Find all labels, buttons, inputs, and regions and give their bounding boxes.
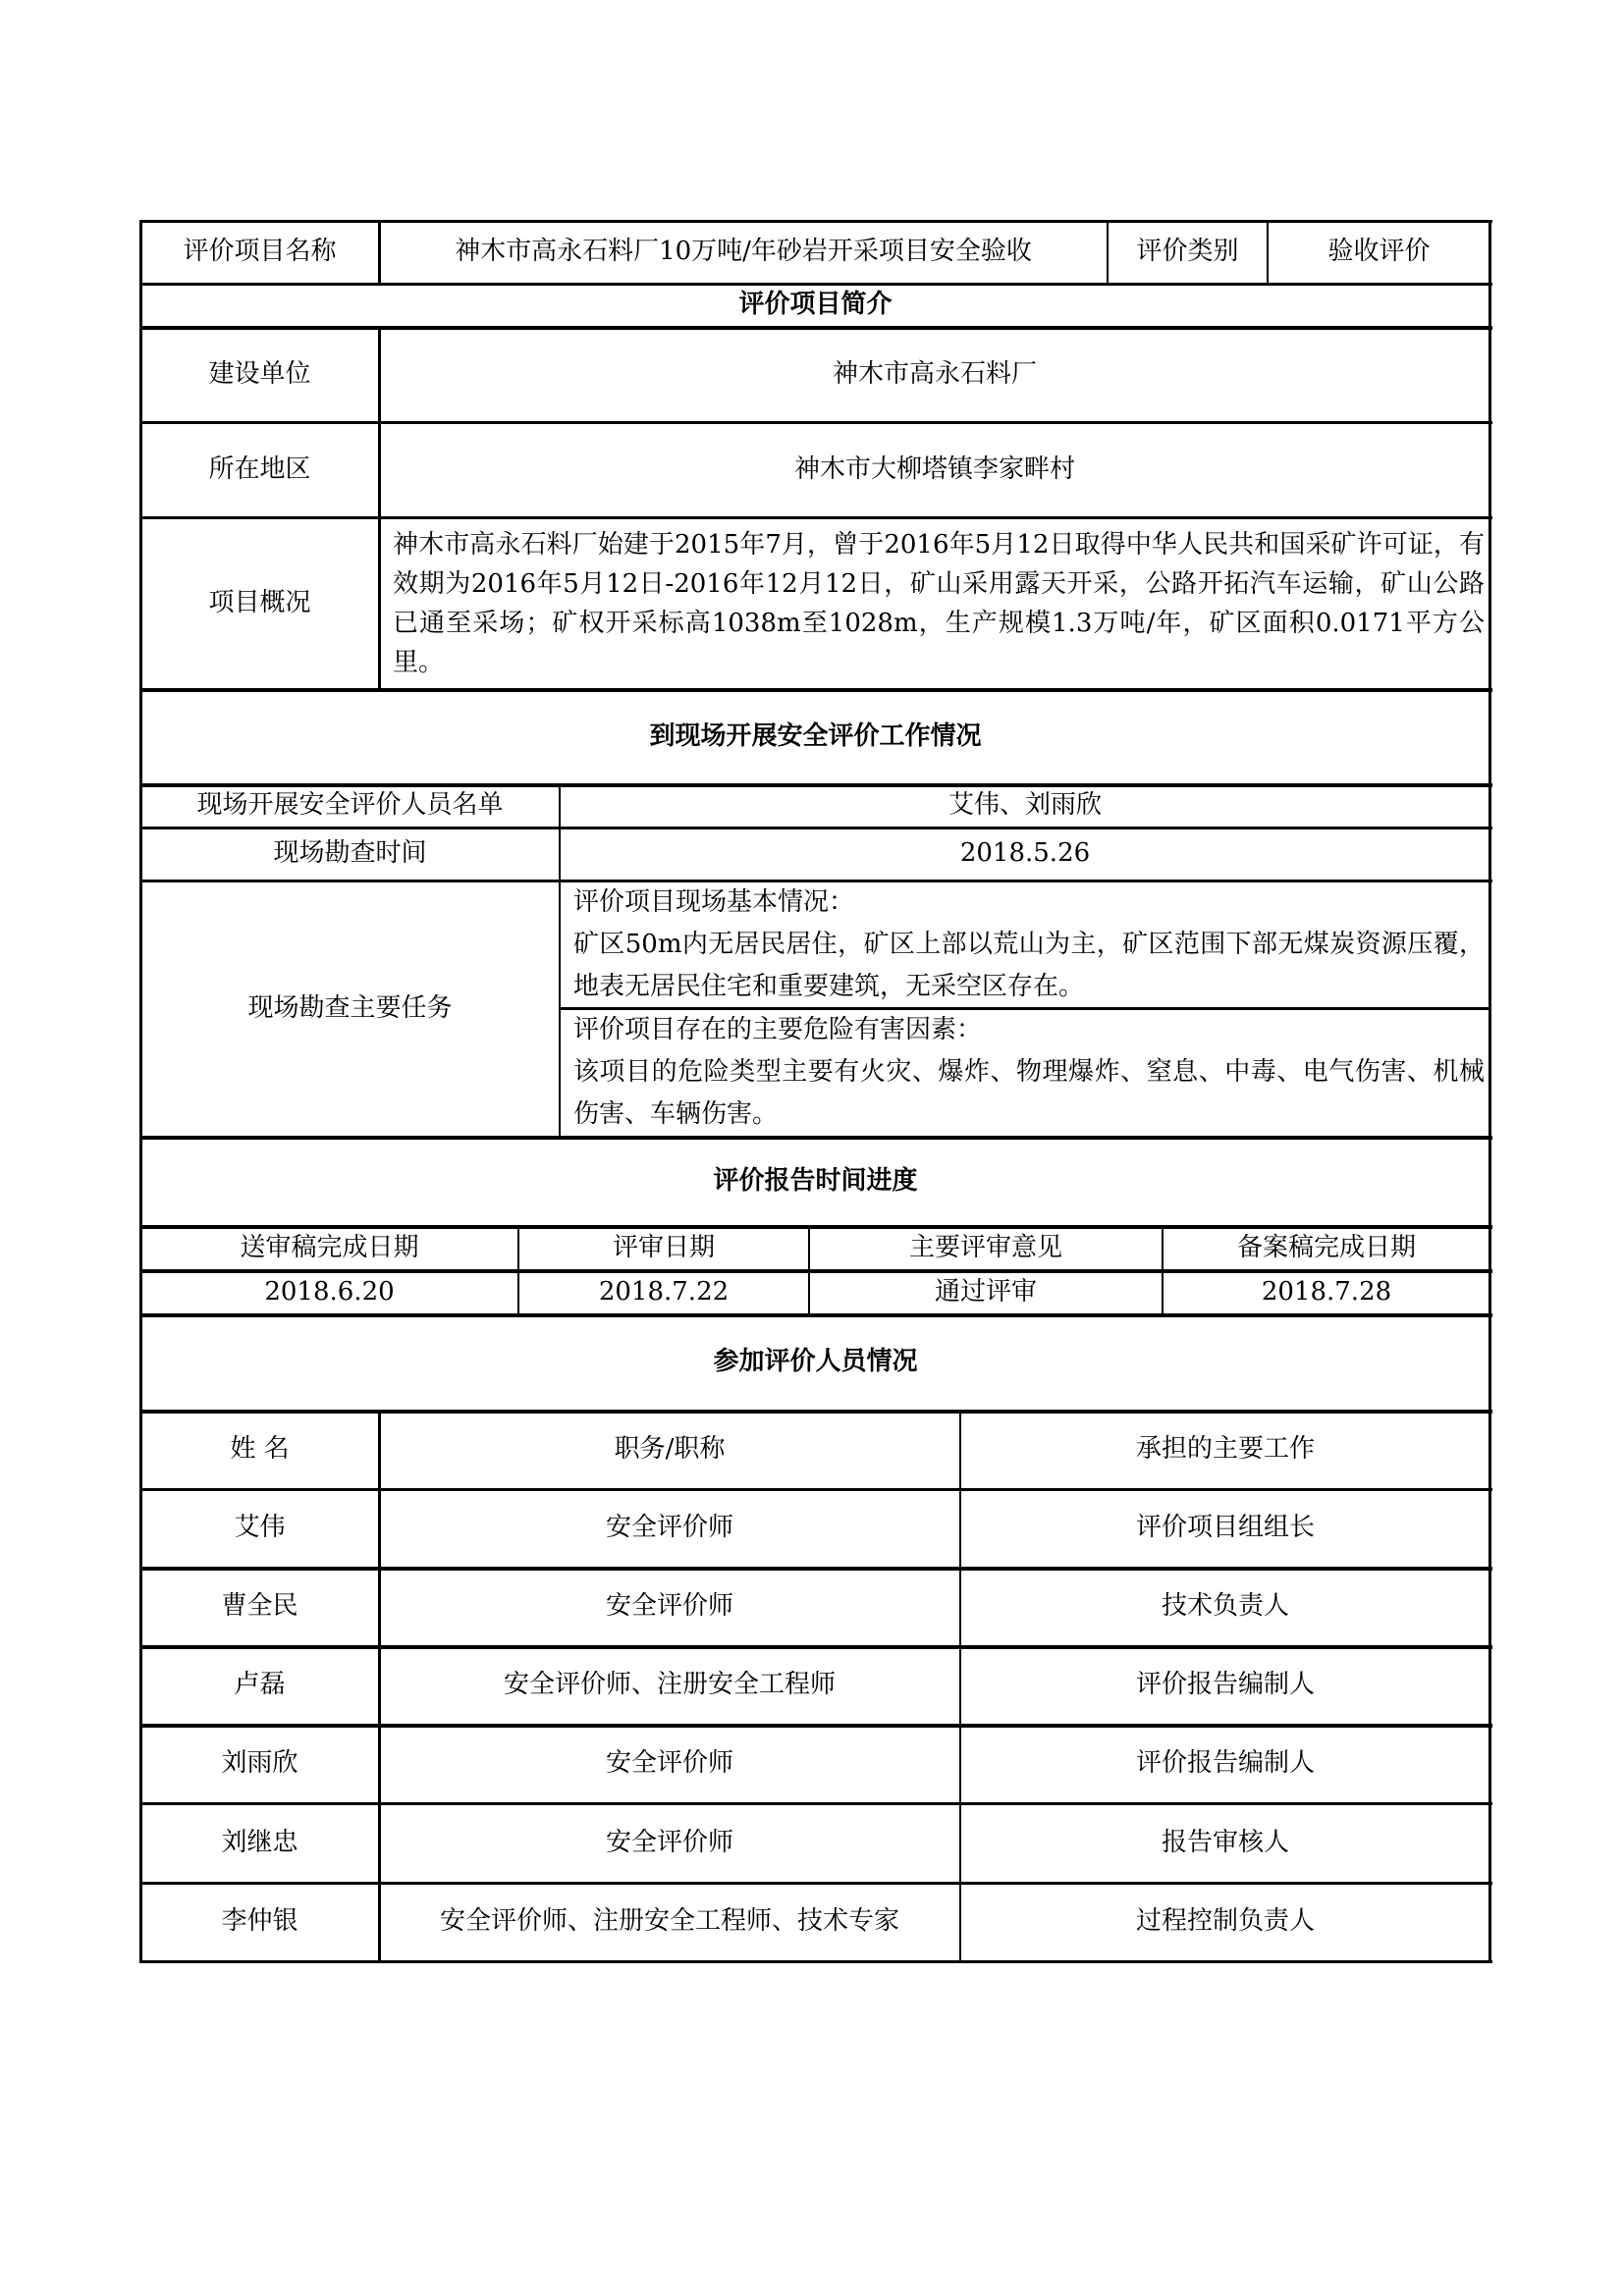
survey-time-label: 现场勘查时间 xyxy=(140,828,560,881)
row-divider xyxy=(560,1007,1490,1010)
category-label: 评价类别 xyxy=(1108,221,1268,284)
category-value: 验收评价 xyxy=(1268,221,1490,284)
location-value: 神木市大柳塔镇李家畔村 xyxy=(379,422,1490,517)
row-divider xyxy=(139,688,1492,692)
person-name: 曹全民 xyxy=(140,1568,379,1646)
overview-value-cell: 神木市高永石料厂始建于2015年7月，曾于2016年5月12日取得中华人民共和国… xyxy=(379,517,1490,689)
person-title: 安全评价师 xyxy=(379,1568,960,1646)
site-work-section-title: 到现场开展安全评价工作情况 xyxy=(140,689,1490,784)
row-divider xyxy=(139,1882,1492,1885)
row-divider xyxy=(139,1724,1492,1728)
row-divider xyxy=(139,1645,1492,1649)
person-title: 安全评价师、注册安全工程师 xyxy=(379,1646,960,1725)
basic-situation-text: 矿区50m内无居民居住，矿区上部以荒山为主，矿区范围下部无煤炭资源压覆，地表无居… xyxy=(573,930,1485,1001)
basic-situation: 评价项目现场基本情况： 矿区50m内无居民居住，矿区上部以荒山为主，矿区范围下部… xyxy=(573,881,1485,1008)
person-name: 刘雨欣 xyxy=(140,1725,379,1803)
row-divider xyxy=(139,783,1492,787)
person-work: 过程控制负责人 xyxy=(960,1883,1490,1961)
site-personnel-label: 现场开展安全评价人员名单 xyxy=(140,784,560,828)
schedule-header-review-date: 评审日期 xyxy=(518,1226,809,1270)
document-page: 评价项目名称 神木市高永石料厂10万吨/年砂岩开采项目安全验收 评价类别 验收评… xyxy=(0,0,1624,2296)
overview-label: 项目概况 xyxy=(140,517,379,689)
personnel-header-title: 职务/职称 xyxy=(379,1411,960,1489)
builder-label: 建设单位 xyxy=(140,327,379,422)
row-divider xyxy=(139,1802,1492,1805)
row-divider xyxy=(139,1269,1492,1273)
row-divider xyxy=(139,827,1492,829)
intro-section-title: 评价项目简介 xyxy=(140,284,1490,327)
table-border-top xyxy=(139,220,1492,223)
survey-time-value: 2018.5.26 xyxy=(560,828,1490,881)
row-divider xyxy=(139,1488,1492,1491)
person-title: 安全评价师 xyxy=(379,1803,960,1883)
row-divider xyxy=(139,1313,1492,1317)
row-divider xyxy=(139,283,1492,286)
schedule-value-review-opinion: 通过评审 xyxy=(809,1270,1163,1314)
hazards-title: 评价项目存在的主要危险有害因素： xyxy=(573,1015,982,1044)
row-divider xyxy=(139,1567,1492,1571)
col-divider xyxy=(1162,1226,1164,1314)
row-divider xyxy=(139,880,1492,882)
person-work: 技术负责人 xyxy=(960,1568,1490,1646)
schedule-value-review-date: 2018.7.22 xyxy=(518,1270,809,1314)
person-name: 李仲银 xyxy=(140,1883,379,1961)
person-title: 安全评价师、注册安全工程师、技术专家 xyxy=(379,1883,960,1961)
project-name-label: 评价项目名称 xyxy=(140,221,379,284)
person-work: 评价项目组组长 xyxy=(960,1489,1490,1568)
schedule-header-filing-date: 备案稿完成日期 xyxy=(1163,1226,1490,1270)
schedule-header-review-opinion: 主要评审意见 xyxy=(809,1226,1163,1270)
schedule-value-submit-date: 2018.6.20 xyxy=(140,1270,518,1314)
row-divider xyxy=(139,421,1492,424)
person-work: 评价报告编制人 xyxy=(960,1646,1490,1725)
main-tasks-label: 现场勘查主要任务 xyxy=(140,881,560,1137)
person-name: 艾伟 xyxy=(140,1489,379,1568)
basic-situation-cell: 评价项目现场基本情况： 矿区50m内无居民居住，矿区上部以荒山为主，矿区范围下部… xyxy=(560,881,1490,1008)
hazards-text: 该项目的危险类型主要有火灾、爆炸、物理爆炸、窒息、中毒、电气伤害、机械伤害、车辆… xyxy=(573,1057,1485,1129)
project-name-value: 神木市高永石料厂10万吨/年砂岩开采项目安全验收 xyxy=(379,221,1108,284)
row-divider xyxy=(139,516,1492,519)
overview-value: 神木市高永石料厂始建于2015年7月，曾于2016年5月12日取得中华人民共和国… xyxy=(393,525,1485,682)
schedule-value-filing-date: 2018.7.28 xyxy=(1163,1270,1490,1314)
schedule-header-submit-date: 送审稿完成日期 xyxy=(140,1226,518,1270)
col-divider xyxy=(959,1411,961,1961)
personnel-header-work: 承担的主要工作 xyxy=(960,1411,1490,1489)
col-divider xyxy=(1267,221,1269,284)
row-divider xyxy=(139,1225,1492,1229)
table-border-right xyxy=(1489,220,1491,1963)
basic-situation-title: 评价项目现场基本情况： xyxy=(573,887,854,917)
site-personnel-value: 艾伟、刘雨欣 xyxy=(560,784,1490,828)
table-border-bottom xyxy=(139,1960,1492,1963)
person-work: 报告审核人 xyxy=(960,1803,1490,1883)
person-title: 安全评价师 xyxy=(379,1489,960,1568)
col-divider xyxy=(378,221,381,284)
person-name: 卢磊 xyxy=(140,1646,379,1725)
hazards-cell: 评价项目存在的主要危险有害因素： 该项目的危险类型主要有火灾、爆炸、物理爆炸、窒… xyxy=(560,1008,1490,1137)
person-work: 评价报告编制人 xyxy=(960,1725,1490,1803)
col-divider xyxy=(1107,221,1109,284)
hazards: 评价项目存在的主要危险有害因素： 该项目的危险类型主要有火灾、爆炸、物理爆炸、窒… xyxy=(573,1009,1485,1136)
col-divider xyxy=(808,1226,810,1314)
builder-value: 神木市高永石料厂 xyxy=(379,327,1490,422)
person-title: 安全评价师 xyxy=(379,1725,960,1803)
col-divider xyxy=(378,327,381,689)
table-border-left xyxy=(139,220,142,1963)
col-divider xyxy=(378,1411,381,1961)
person-name: 刘继忠 xyxy=(140,1803,379,1883)
row-divider xyxy=(139,1136,1492,1140)
personnel-section-title: 参加评价人员情况 xyxy=(140,1314,1490,1411)
schedule-section-title: 评价报告时间进度 xyxy=(140,1137,1490,1226)
col-divider xyxy=(559,784,561,1137)
row-divider xyxy=(139,326,1492,330)
location-label: 所在地区 xyxy=(140,422,379,517)
personnel-header-name: 姓 名 xyxy=(140,1411,379,1489)
row-divider xyxy=(139,1410,1492,1414)
col-divider xyxy=(517,1226,519,1314)
